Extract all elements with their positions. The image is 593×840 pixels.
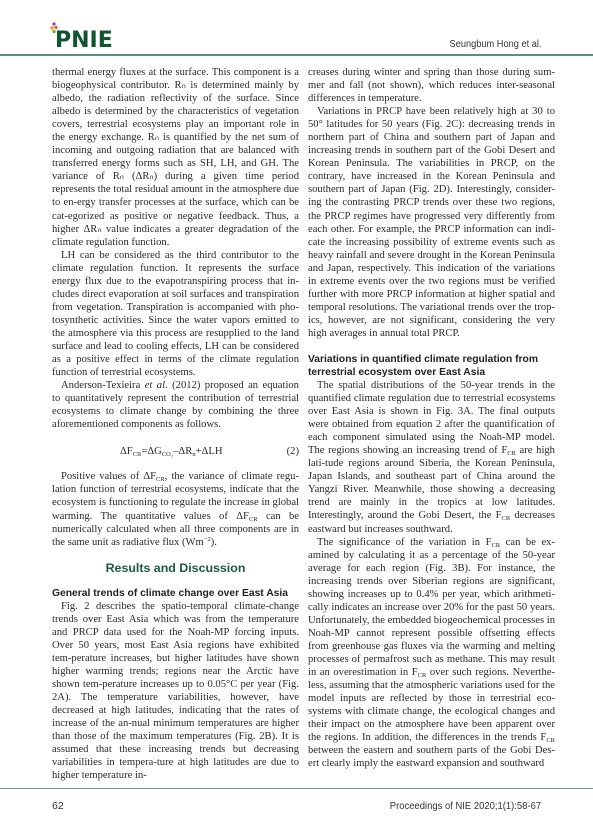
header-rule: [0, 54, 593, 56]
subsection-heading: General trends of climate change over Ea…: [52, 587, 299, 600]
journal-logo: PNIE: [50, 22, 110, 52]
equation-number: (2): [287, 445, 299, 458]
paragraph: The significance of the variation in FCR…: [308, 536, 555, 771]
equation-body: ΔFCR=ΔGCO₂–ΔRn+ΔLH: [120, 445, 222, 458]
subsection-heading: Variations in quantified climate regulat…: [308, 353, 555, 379]
paragraph: creases during winter and spring than th…: [308, 66, 555, 105]
paragraph: Variations in PRCP have been relatively …: [308, 105, 555, 340]
right-column: creases during winter and spring than th…: [308, 66, 555, 770]
left-column: thermal energy fluxes at the surface. Th…: [52, 66, 299, 782]
logo-text: PNIE: [55, 29, 113, 53]
section-heading-results: Results and Discussion: [52, 562, 299, 575]
paragraph: Fig. 2 describes the spatio-temporal cli…: [52, 600, 299, 783]
footer-rule: [0, 788, 593, 789]
paragraph: The spatial distributions of the 50-year…: [308, 379, 555, 536]
page-number: 62: [52, 800, 64, 812]
equation-2: ΔFCR=ΔGCO₂–ΔRn+ΔLH (2): [52, 445, 299, 458]
paragraph: LH can be considered as the third contri…: [52, 249, 299, 379]
paragraph: Positive values of ΔFCR, the variance of…: [52, 470, 299, 548]
page-header: PNIE Seungbum Hong et al.: [0, 0, 593, 56]
journal-citation: Proceedings of NIE 2020;1(1):58-67: [390, 800, 541, 812]
paragraph: thermal energy fluxes at the surface. Th…: [52, 66, 299, 249]
paragraph: Anderson-Texieira et al. (2012) proposed…: [52, 379, 299, 431]
running-head-authors: Seungbum Hong et al.: [449, 38, 541, 50]
